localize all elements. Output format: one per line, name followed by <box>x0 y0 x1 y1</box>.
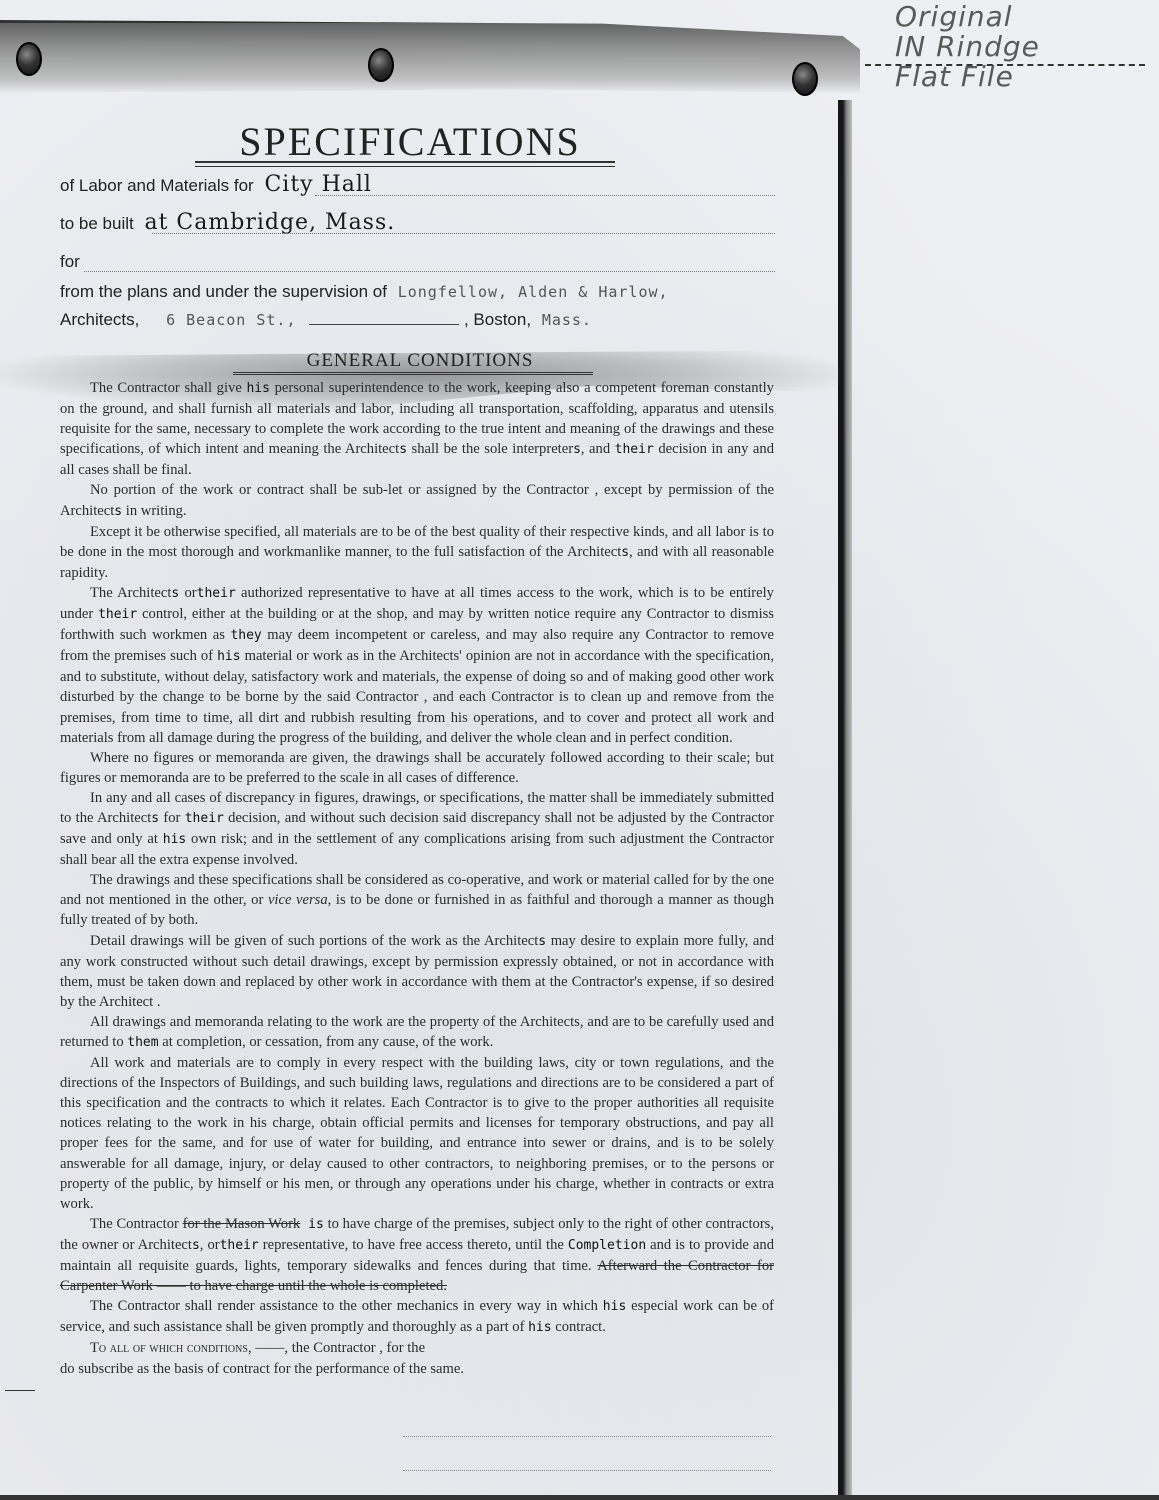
typed-insertion: their <box>185 811 224 826</box>
binding-strip-top <box>0 20 860 93</box>
condition-continuation: do subscribe as the basis of contract fo… <box>60 1359 774 1379</box>
condition-paragraph: The Architects ortheir authorized repres… <box>60 583 774 748</box>
printed-text: , or <box>200 1237 220 1253</box>
handnote-line: Flat File <box>895 62 1135 92</box>
typed-insertion: s <box>573 442 581 457</box>
printed-text: Detail drawings will be given of such po… <box>90 933 538 949</box>
form-label: from the plans and under the supervision… <box>60 282 387 301</box>
printed-text: at completion, or cessation, from any ca… <box>159 1034 494 1050</box>
condition-paragraph: To all of which conditions, ——, the Cont… <box>60 1338 774 1358</box>
form-line-project: of Labor and Materials for City Hall <box>60 172 775 200</box>
state-field[interactable]: Mass. <box>542 311 592 329</box>
binding-strip-right <box>838 100 852 1500</box>
printed-text: for <box>159 810 185 826</box>
typed-insertion: their <box>197 586 236 601</box>
condition-paragraph: In any and all cases of discrepancy in f… <box>60 788 774 870</box>
typed-insertion: Completion <box>568 1238 646 1253</box>
printed-text: The Contractor <box>90 1216 183 1232</box>
signature-line[interactable] <box>403 1470 771 1471</box>
section-heading: GENERAL CONDITIONS <box>250 350 590 372</box>
typed-insertion: they <box>230 628 261 643</box>
condition-paragraph: Except it be otherwise specified, all ma… <box>60 522 774 583</box>
form-label: Architects, <box>60 310 139 329</box>
typed-insertion: his <box>603 1299 626 1314</box>
form-line-address: Architects, 6 Beacon St., , Boston, Mass… <box>60 310 775 338</box>
printed-text: The Architect <box>90 585 171 601</box>
margin-mark <box>5 1390 35 1391</box>
printed-text: contract. <box>552 1319 606 1335</box>
handnote-line: Original <box>895 2 1135 32</box>
architects-field[interactable]: Longfellow, Alden & Harlow, <box>398 283 669 301</box>
typed-insertion: is <box>300 1217 324 1232</box>
condition-paragraph: The Contractor shall give his personal s… <box>60 378 774 480</box>
typed-insertion: his <box>217 649 240 664</box>
condition-paragraph: The Contractor for the Mason Work is to … <box>60 1214 774 1296</box>
typed-insertion: his <box>528 1320 551 1335</box>
struck-text: for the Mason Work <box>183 1216 301 1232</box>
small-caps-text: To all of which conditions, <box>90 1340 252 1356</box>
printed-text: The Contractor shall give <box>90 380 246 396</box>
condition-paragraph: The Contractor shall render assistance t… <box>60 1296 774 1338</box>
printed-text: in writing. <box>122 503 186 519</box>
condition-paragraph: All drawings and memoranda relating to t… <box>60 1012 774 1053</box>
rivet-icon <box>368 48 394 82</box>
printed-text: ——, the Contractor , for the <box>252 1340 425 1356</box>
signature-line[interactable] <box>403 1436 771 1437</box>
typed-insertion: s <box>538 934 546 949</box>
printed-text: shall be the sole interpreter <box>407 441 573 457</box>
typed-insertion: s <box>151 811 159 826</box>
printed-text: All work and materials are to comply in … <box>60 1055 774 1212</box>
italic-text: vice versa <box>268 892 328 908</box>
form-label: , Boston, <box>464 310 531 329</box>
heading-underline <box>233 372 593 375</box>
printed-text: representative, to have free access ther… <box>259 1237 568 1253</box>
printed-text: Where no figures or memoranda are given,… <box>60 750 774 786</box>
typed-insertion: their <box>98 607 137 622</box>
typed-insertion: s <box>399 442 407 457</box>
project-name-field[interactable]: City Hall <box>264 172 372 197</box>
condition-paragraph: All work and materials are to comply in … <box>60 1053 774 1214</box>
typed-insertion: s <box>192 1238 200 1253</box>
printed-text: or <box>179 585 196 601</box>
page-edge <box>0 1495 1159 1500</box>
title-underline <box>195 161 615 167</box>
blank-field[interactable] <box>309 324 459 325</box>
condition-paragraph: The drawings and these specifications sh… <box>60 870 774 930</box>
typed-insertion: s <box>114 504 122 519</box>
condition-paragraph: Where no figures or memoranda are given,… <box>60 748 774 788</box>
handwritten-archive-note: Original IN Rindge Flat File <box>895 2 1135 92</box>
typed-insertion: their <box>615 442 654 457</box>
handnote-dashed-rule <box>865 64 1145 66</box>
typed-insertion: his <box>163 832 186 847</box>
rivet-icon <box>16 42 42 76</box>
printed-text: , and <box>581 441 615 457</box>
printed-text: The Contractor shall render assistance t… <box>90 1298 603 1314</box>
address-field[interactable]: 6 Beacon St., <box>166 311 296 329</box>
typed-insertion: s <box>621 545 629 560</box>
condition-paragraph: Detail drawings will be given of such po… <box>60 931 774 1012</box>
form-label: to be built <box>60 214 134 233</box>
typed-insertion: his <box>246 381 269 396</box>
form-line-location: to be built at Cambridge, Mass. <box>60 210 775 238</box>
conditions-body: The Contractor shall give his personal s… <box>60 378 774 1379</box>
form-label: of Labor and Materials for <box>60 176 254 195</box>
form-label: for <box>60 252 80 271</box>
location-field[interactable]: at Cambridge, Mass. <box>144 210 395 235</box>
handnote-line: IN Rindge <box>895 32 1135 62</box>
rivet-icon <box>792 62 818 96</box>
condition-paragraph: No portion of the work or contract shall… <box>60 480 774 521</box>
form-line-owner: for <box>60 248 775 276</box>
typed-insertion: their <box>220 1238 259 1253</box>
page-title: SPECIFICATIONS <box>195 118 625 165</box>
typed-insertion: them <box>127 1035 158 1050</box>
form-line-supervision: from the plans and under the supervision… <box>60 282 775 310</box>
